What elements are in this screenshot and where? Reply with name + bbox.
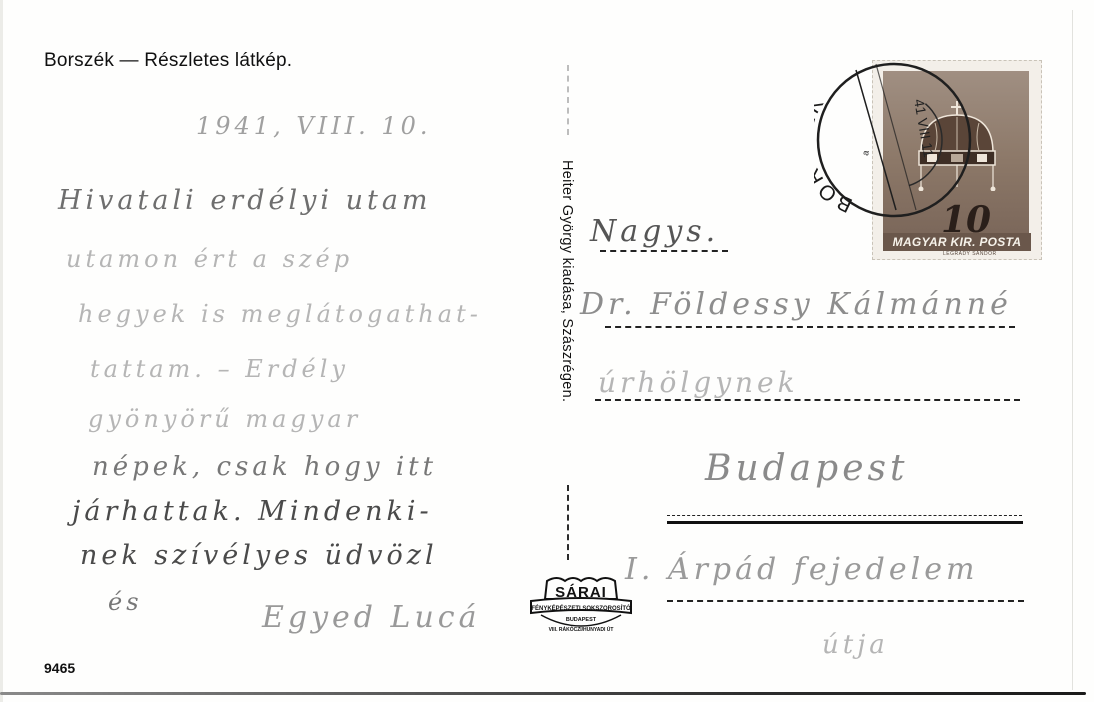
address-line-3: úrhölgynek: [598, 366, 799, 399]
card-right-edge: [1072, 10, 1073, 690]
sarai-printer-logo: SÁRAI FÉNYKÉPÉSZETI SOKSZOROSÍTÓ BUDAPES…: [527, 575, 635, 637]
address-line-4: Budapest: [705, 448, 908, 489]
address-line-1: Nagys.: [590, 214, 719, 249]
address-rule-1: [600, 250, 728, 252]
logo-line-3: VIII. RÁKÓCZI/HUNYADI ÚT: [549, 625, 614, 633]
divider-line-top: [567, 65, 569, 135]
postcard-back: Borszék — Részletes látkép. 9465 Heiter …: [0, 0, 1094, 702]
message-line-3: hegyek is meglátogathat-: [78, 300, 482, 328]
postmark-cancellation: BORSZÉK 41 VIII 11 a: [814, 60, 974, 220]
message-line-6: népek, csak hogy itt: [92, 452, 437, 482]
address-rule-5: [667, 600, 1024, 602]
message-signature: Egyed Lucá: [262, 600, 480, 635]
message-date: 1941, VIII. 10.: [196, 112, 432, 140]
address-line-6: útja: [822, 630, 889, 660]
address-rule-3: [595, 399, 1020, 401]
postcard-title: Borszék — Részletes látkép.: [44, 50, 292, 72]
postmark-date: 41 VIII 11: [911, 98, 937, 159]
message-line-7: járhattak. Mindenki-: [72, 496, 433, 527]
message-line-1: Hivatali erdélyi utam: [58, 185, 432, 216]
logo-line-2: BUDAPEST: [566, 617, 597, 623]
stamp-designer: LEGRÁDY SÁNDOR: [943, 251, 997, 257]
stamp-legend: MAGYAR KIR. POSTA: [883, 233, 1031, 251]
postmark-class: a: [860, 150, 871, 157]
address-rule-4-solid: [667, 521, 1023, 524]
address-rule-4: [667, 515, 1022, 516]
address-rule-2: [605, 326, 1015, 328]
catalog-number: 9465: [44, 660, 75, 676]
message-line-9: és: [108, 588, 143, 616]
message-line-8: nek szívélyes üdvözl: [80, 540, 438, 571]
message-line-2: utamon ért a szép: [66, 245, 353, 273]
logo-line-1: FÉNYKÉPÉSZETI SOKSZOROSÍTÓ: [531, 604, 631, 612]
address-line-2: Dr. Földessy Kálmánné: [580, 287, 1012, 322]
message-line-4: tattam. – Erdély: [90, 355, 349, 383]
message-line-5: gyönyörű magyar: [88, 405, 361, 433]
card-left-edge: [0, 0, 3, 702]
divider-line-bottom: [567, 485, 569, 560]
address-line-5: I. Árpád fejedelem: [625, 552, 978, 587]
publisher-imprint: Heiter György kiadása, Szászrégen.: [559, 160, 575, 402]
card-bottom-edge: [0, 692, 1086, 695]
